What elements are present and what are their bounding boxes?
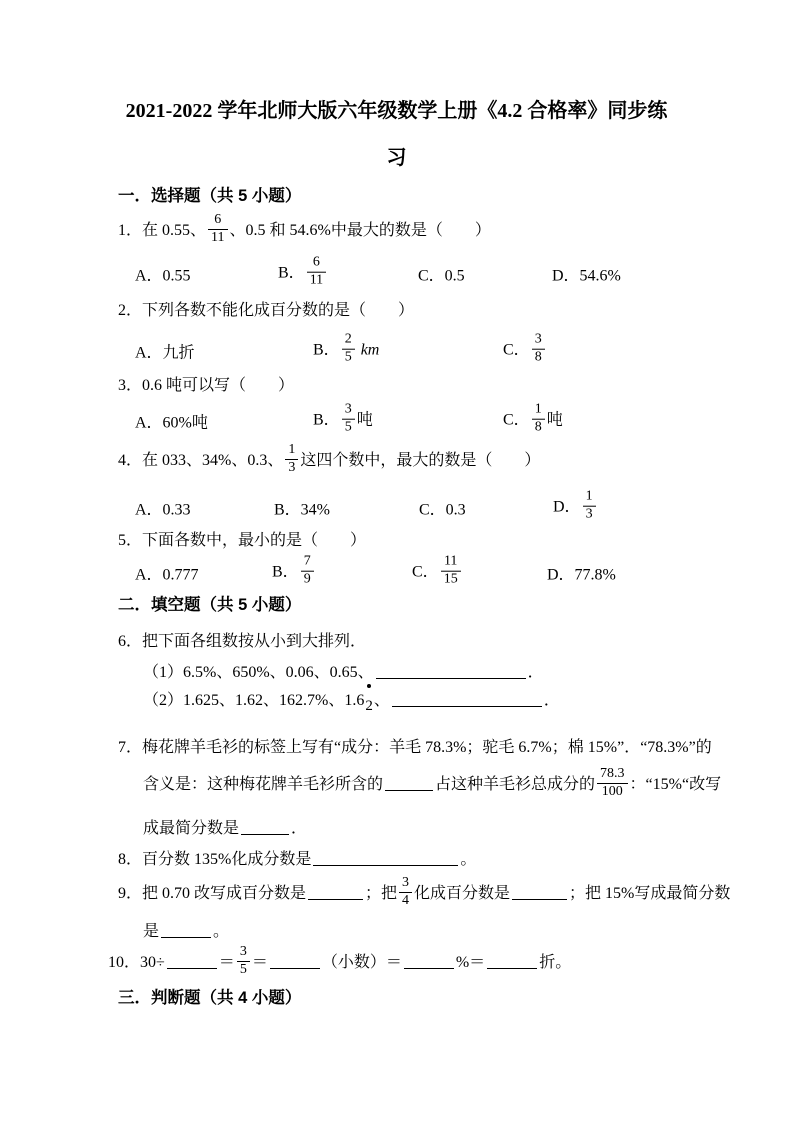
q5-option-d: D．77.8% xyxy=(547,562,616,585)
q4-fraction: 13 xyxy=(285,442,298,477)
q7-line3-end: ． xyxy=(291,820,307,837)
section-3-heading: 三．判断题（共 4 小题） xyxy=(118,988,301,1009)
q1-option-b-label: B． xyxy=(278,265,305,282)
section-2-heading: 二．填空题（共 5 小题） xyxy=(118,595,301,616)
q2-option-b-frac-den: 5 xyxy=(342,350,355,367)
q9-frac-num: 3 xyxy=(399,875,412,893)
q5-option-c-label: C． xyxy=(412,564,439,581)
q8-end: 。 xyxy=(460,851,476,868)
q7-line2-post: ：“15%“改写 xyxy=(630,776,722,793)
question-3-text: 3．0.6 吨可以写（ ） xyxy=(118,375,294,396)
q3-option-b-fraction: 35 xyxy=(342,402,355,437)
q7-fraction: 78.3100 xyxy=(597,766,628,801)
q9-fraction: 34 xyxy=(399,875,412,910)
q6-item2-pre: （2）1.625、1.62、162.7%、1.6 xyxy=(143,692,364,709)
q5-option-b-fraction: 79 xyxy=(301,554,314,589)
q2-option-b-frac-num: 2 xyxy=(342,332,355,350)
question-9-line2: 是。 xyxy=(143,921,229,942)
q5-option-c-frac-num: 11 xyxy=(441,554,461,572)
q5-option-c-frac-den: 15 xyxy=(441,572,461,589)
q4-post: 这四个数中，最大的数是（ ） xyxy=(300,452,540,469)
worksheet-page: 2021-2022 学年北师大版六年级数学上册《4.2 合格率》同步练 习 一．… xyxy=(0,0,793,1122)
q4-option-d-label: D． xyxy=(553,499,581,516)
q2-option-c-frac-num: 3 xyxy=(532,332,545,350)
q4-pre: 4．在 033、34%、0.3、 xyxy=(118,452,283,469)
q5-option-b-label: B． xyxy=(272,564,299,581)
section-1-heading: 一．选择题（共 5 小题） xyxy=(118,186,301,207)
q3-option-c-frac-den: 8 xyxy=(532,420,545,437)
question-1-text: 1．在 0.55、611、0.5 和 54.6%中最大的数是（ ） xyxy=(118,214,491,249)
q2-option-c-fraction: 38 xyxy=(532,332,545,367)
q3-option-b-unit: 吨 xyxy=(357,412,373,429)
q5-option-b: B．79 xyxy=(272,556,316,591)
question-7-line2: 含义是：这种梅花牌羊毛衫所含的占这种羊毛衫总成分的78.3100：“15%“改写 xyxy=(143,768,721,803)
question-4-text: 4．在 033、34%、0.3、13这四个数中，最大的数是（ ） xyxy=(118,444,540,479)
q2-option-c-label: C． xyxy=(503,342,530,359)
q9-line1-mid2: 化成百分数是 xyxy=(414,885,510,902)
q1-frac-den: 11 xyxy=(208,230,227,247)
q1-option-b-frac-den: 11 xyxy=(307,273,326,290)
q3-option-c-unit: 吨 xyxy=(547,412,563,429)
q4-option-b: B．34% xyxy=(274,497,330,520)
q9-line2-pre: 是 xyxy=(143,923,159,940)
q7-frac-num: 78.3 xyxy=(597,766,628,784)
q4-frac-num: 1 xyxy=(285,442,298,460)
q8-answer-blank xyxy=(313,862,458,866)
q3-option-c-label: C． xyxy=(503,412,530,429)
question-7-line3: 成最简分数是． xyxy=(143,818,307,839)
q1-option-b-fraction: 611 xyxy=(307,255,326,290)
q5-option-b-frac-den: 9 xyxy=(301,572,314,589)
q9-line2-end: 。 xyxy=(213,923,229,940)
q6-item2-repeating-digit: 2 xyxy=(365,698,373,714)
q5-option-b-frac-num: 7 xyxy=(301,554,314,572)
q9-answer-blank-2 xyxy=(512,896,567,900)
question-2-options: A．九折 B．25 km C．38 xyxy=(0,327,793,375)
q4-option-a: A．0.33 xyxy=(135,497,191,520)
question-9-line1: 9．把 0.70 改写成百分数是；把34化成百分数是；把 15%写成最简分数 xyxy=(118,877,730,912)
q7-answer-blank-2 xyxy=(241,831,289,835)
q4-option-d: D．13 xyxy=(553,491,598,526)
q3-option-b-label: B． xyxy=(313,412,340,429)
question-10-text: 10．30÷＝35＝（小数）＝%＝折。 xyxy=(108,946,571,981)
q10-answer-blank-3 xyxy=(404,965,454,969)
q1-post: 、0.5 和 54.6%中最大的数是（ ） xyxy=(230,222,491,239)
q10-frac-num: 3 xyxy=(237,944,250,962)
question-5-options: A．0.777 B．79 C．1115 D．77.8% xyxy=(0,551,793,595)
q10-frac-den: 5 xyxy=(237,962,250,979)
question-6-item2: （2）1.625、1.62、162.7%、1.62、． xyxy=(143,690,560,712)
q7-line2-pre: 含义是：这种梅花牌羊毛衫所含的 xyxy=(143,776,383,793)
q2-option-c: C．38 xyxy=(503,334,547,369)
q6-item1-answer-blank xyxy=(376,675,526,679)
q2-option-b: B．25 km xyxy=(313,334,379,369)
question-3-options: A．60%吨 B．35吨 C．18吨 xyxy=(0,397,793,445)
q6-item2-sep: 、 xyxy=(374,692,390,709)
q1-option-c: C．0.5 xyxy=(418,263,465,286)
q10-mid1: （小数）＝ xyxy=(322,954,402,971)
q10-fraction: 35 xyxy=(237,944,250,979)
q6-item1-pre: （1）6.5%、650%、0.06、0.65、 xyxy=(143,664,374,681)
q10-answer-blank-4 xyxy=(487,965,537,969)
q2-option-b-fraction: 25 xyxy=(342,332,355,367)
q1-pre: 1．在 0.55、 xyxy=(118,222,206,239)
q5-option-a: A．0.777 xyxy=(135,562,199,585)
q9-line1-mid1: ；把 xyxy=(365,885,397,902)
question-4-options: A．0.33 B．34% C．0.3 D．13 xyxy=(0,486,793,530)
q3-option-c-fraction: 18 xyxy=(532,402,545,437)
q6-item2-end: ． xyxy=(544,692,560,709)
q4-option-d-fraction: 13 xyxy=(583,489,596,524)
q1-option-d: D．54.6% xyxy=(552,263,621,286)
q9-answer-blank-3 xyxy=(161,934,211,938)
q5-option-c-fraction: 1115 xyxy=(441,554,461,589)
q7-line3-pre: 成最简分数是 xyxy=(143,820,239,837)
q10-answer-blank-2 xyxy=(270,965,320,969)
question-6-item1: （1）6.5%、650%、0.06、0.65、． xyxy=(143,662,544,683)
question-2-text: 2．下列各数不能化成百分数的是（ ） xyxy=(118,300,414,321)
q2-option-c-frac-den: 8 xyxy=(532,350,545,367)
question-5-text: 5．下面各数中，最小的是（ ） xyxy=(118,530,366,551)
question-8-text: 8．百分数 135%化成分数是。 xyxy=(118,849,476,870)
q8-pre: 8．百分数 135%化成分数是 xyxy=(118,851,311,868)
q7-line2-mid: 占这种羊毛衫总成分的 xyxy=(435,776,595,793)
q10-eq2: ＝ xyxy=(252,954,268,971)
q10-answer-blank-1 xyxy=(167,965,217,969)
q1-fraction: 611 xyxy=(208,212,227,247)
q9-line1-pre: 9．把 0.70 改写成百分数是 xyxy=(118,885,306,902)
q10-eq1: ＝ xyxy=(219,954,235,971)
q7-answer-blank-1 xyxy=(385,787,433,791)
q3-option-c: C．18吨 xyxy=(503,404,563,439)
q6-item1-end: ． xyxy=(528,664,544,681)
repeating-decimal-digit: 2 xyxy=(365,696,373,717)
q10-mid2: %＝ xyxy=(456,954,485,971)
q3-option-b-frac-num: 3 xyxy=(342,402,355,420)
doc-title-line2: 习 xyxy=(0,143,793,173)
q1-option-b-frac-num: 6 xyxy=(307,255,326,273)
doc-title-line1: 2021-2022 学年北师大版六年级数学上册《4.2 合格率》同步练 xyxy=(0,96,793,126)
repeat-dot-icon xyxy=(367,684,371,688)
q4-option-d-frac-num: 1 xyxy=(583,489,596,507)
q2-option-b-unit: km xyxy=(357,342,380,359)
q2-option-a: A．九折 xyxy=(135,340,195,363)
q10-end: 折。 xyxy=(539,954,571,971)
q4-option-d-frac-den: 3 xyxy=(583,507,596,524)
q3-option-c-frac-num: 1 xyxy=(532,402,545,420)
q1-option-a: A．0.55 xyxy=(135,263,191,286)
q9-frac-den: 4 xyxy=(399,893,412,910)
q3-option-a: A．60%吨 xyxy=(135,410,208,433)
q7-frac-den: 100 xyxy=(597,784,628,801)
question-1-options: A．0.55 B．611 C．0.5 D．54.6% xyxy=(0,251,793,297)
q5-option-c: C．1115 xyxy=(412,556,463,591)
q4-frac-den: 3 xyxy=(285,460,298,477)
q1-option-b: B．611 xyxy=(278,257,328,292)
q6-item2-answer-blank xyxy=(392,703,542,707)
q2-option-b-label: B． xyxy=(313,342,340,359)
question-6-text: 6．把下面各组数按从小到大排列． xyxy=(118,631,366,652)
q9-line1-post: ；把 15%写成最简分数 xyxy=(569,885,730,902)
q3-option-b: B．35吨 xyxy=(313,404,373,439)
q4-option-c: C．0.3 xyxy=(419,497,466,520)
q3-option-b-frac-den: 5 xyxy=(342,420,355,437)
q9-answer-blank-1 xyxy=(308,896,363,900)
q10-pre: 10．30÷ xyxy=(108,954,165,971)
q1-frac-num: 6 xyxy=(208,212,227,230)
question-7-line1: 7．梅花牌羊毛衫的标签上写有“成分：羊毛 78.3%；驼毛 6.7%；棉 15%… xyxy=(118,737,712,758)
